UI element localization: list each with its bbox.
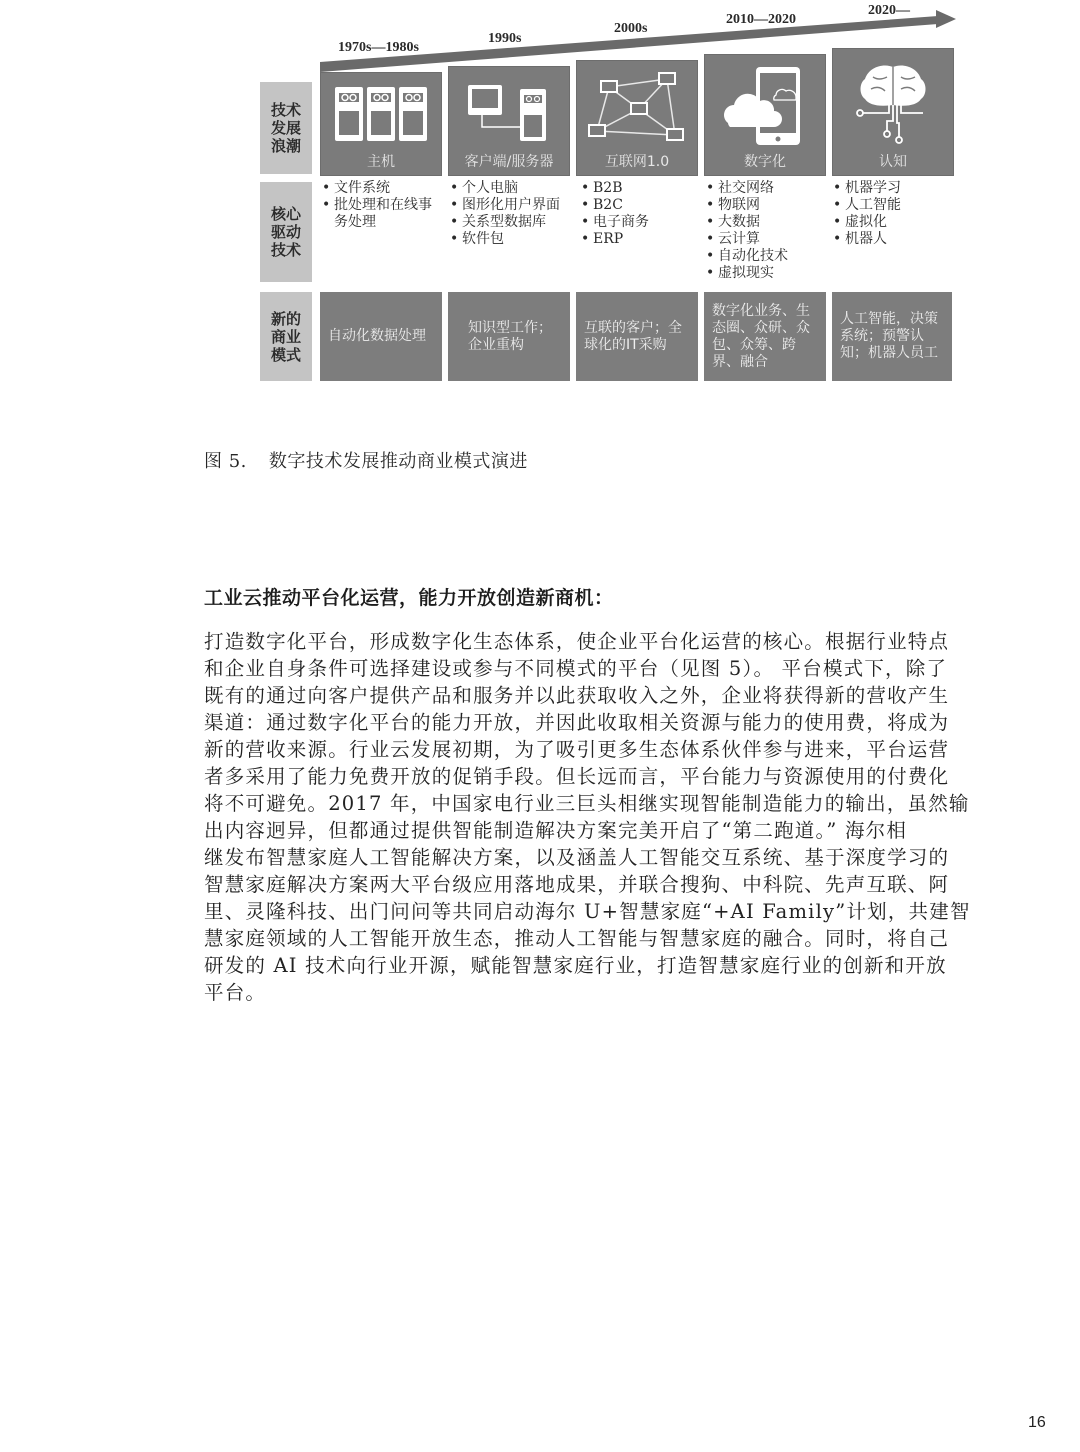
body-line: 研发的 AI 技术向行业开源，赋能智慧家庭行业，打造智慧家庭行业的创新和开放 [204, 952, 1054, 979]
wave-title: 认知 [833, 151, 953, 171]
driver-item: 批处理和在线事务处理 [322, 197, 444, 231]
body-line: 将不可避免。2017 年，中国家电行业三巨头相继实现智能制造能力的输出，虽然输 [204, 790, 1054, 817]
row-label-business-models: 新的商业模式 [260, 292, 312, 381]
network-icon [577, 69, 697, 149]
drivers-client-server: 个人电脑 图形化用户界面 关系型数据库 软件包 [450, 180, 580, 248]
wave-card-cognitive: 认知 [832, 48, 954, 176]
wave-card-client-server: 客户端/服务器 [448, 66, 570, 176]
era-label-2010: 2010—2020 [726, 12, 796, 28]
wave-card-mainframe: 主机 [320, 72, 442, 176]
driver-item: 个人电脑 [450, 180, 580, 197]
biz-card-digital: 数字化业务、生态圈、众研、众包、众筹、跨界、融合 [704, 292, 826, 381]
era-label-2020: 2020— [868, 3, 910, 19]
figure-digital-evolution: 1970s—1980s 1990s 2000s 2010—2020 2020— … [256, 0, 956, 392]
era-label-2000s: 2000s [614, 21, 647, 37]
driver-item: ERP [581, 231, 701, 248]
body-line: 里、灵隆科技、出门问问等共同启动海尔 U+智慧家庭“+AI Family”计划，… [204, 898, 1054, 925]
body-line: 渠道：通过数字化平台的能力开放，并因此收取相关资源与能力的使用费，将成为 [204, 709, 1054, 736]
driver-item: 机器人 [833, 231, 953, 248]
driver-item: 关系型数据库 [450, 214, 580, 231]
body-paragraph: 打造数字化平台，形成数字化生态体系，使企业平台化运营的核心。根据行业特点 和企业… [204, 628, 1054, 1006]
section-heading: 工业云推动平台化运营，能力开放创造新商机： [204, 583, 614, 610]
wave-title: 客户端/服务器 [449, 151, 569, 171]
driver-item: 自动化技术 [706, 248, 826, 265]
body-line: 既有的通过向客户提供产品和服务并以此获取收入之外，企业将获得新的营收产生 [204, 682, 1054, 709]
driver-item: B2C [581, 197, 701, 214]
figure-caption: 图 5.数字技术发展推动商业模式演进 [204, 447, 528, 473]
driver-item: 软件包 [450, 231, 580, 248]
body-line: 慧家庭领域的人工智能开放生态，推动人工智能与智慧家庭的融合。同时，将自己 [204, 925, 1054, 952]
wave-title: 数字化 [705, 151, 825, 171]
wave-card-digital: 数字化 [704, 54, 826, 176]
body-line: 新的营收来源。行业云发展初期，为了吸引更多生态体系伙伴参与进来，平台运营 [204, 736, 1054, 763]
driver-item: 虚拟化 [833, 214, 953, 231]
body-line: 继发布智慧家庭人工智能解决方案，以及涵盖人工智能交互系统、基于深度学习的 [204, 844, 1054, 871]
driver-item: 图形化用户界面 [450, 197, 580, 214]
body-line: 和企业自身条件可选择建设或参与不同模式的平台（见图 5）。 平台模式下，除了 [204, 655, 1054, 682]
mainframe-icon [321, 81, 441, 149]
driver-item: 文件系统 [322, 180, 446, 197]
wave-title: 主机 [321, 151, 441, 171]
biz-card-internet: 互联的客户；全球化的IT采购 [576, 292, 698, 381]
driver-item: 机器学习 [833, 180, 953, 197]
drivers-cognitive: 机器学习 人工智能 虚拟化 机器人 [833, 180, 953, 248]
body-line: 者多采用了能力免费开放的促销手段。但长远而言，平台能力与资源使用的付费化 [204, 763, 1054, 790]
figure-caption-text: 数字技术发展推动商业模式演进 [269, 451, 528, 472]
driver-item: 物联网 [706, 197, 826, 214]
era-label-1990s: 1990s [488, 31, 521, 47]
body-line: 平台。 [204, 979, 1054, 1006]
wave-title: 互联网1.0 [577, 151, 697, 171]
driver-item: 社交网络 [706, 180, 826, 197]
driver-item: 人工智能 [833, 197, 953, 214]
page-number: 16 [1028, 1414, 1046, 1432]
biz-card-client-server: 知识型工作；企业重构 [448, 292, 570, 381]
body-line: 出内容迥异，但都通过提供智能制造解决方案完美开启了“第二跑道。” 海尔相 [204, 817, 1054, 844]
driver-item: 云计算 [706, 231, 826, 248]
drivers-digital: 社交网络 物联网 大数据 云计算 自动化技术 虚拟现实 [706, 180, 826, 282]
body-line: 智慧家庭解决方案两大平台级应用落地成果，并联合搜狗、中科院、先声互联、阿 [204, 871, 1054, 898]
figure-number: 图 5. [204, 451, 247, 472]
biz-card-mainframe: 自动化数据处理 [320, 292, 442, 381]
drivers-mainframe: 文件系统 批处理和在线事务处理 [322, 180, 446, 231]
drivers-internet: B2B B2C 电子商务 ERP [581, 180, 701, 248]
body-line: 打造数字化平台，形成数字化生态体系，使企业平台化运营的核心。根据行业特点 [204, 628, 1054, 655]
client-server-icon [449, 75, 569, 149]
wave-card-internet: 互联网1.0 [576, 60, 698, 176]
row-label-tech-waves: 技术发展浪潮 [260, 82, 312, 174]
biz-card-cognitive: 人工智能，决策系统；预警认知；机器人员工 [832, 292, 952, 381]
cloud-mobile-icon [705, 63, 825, 149]
brain-circuit-icon [833, 57, 953, 149]
driver-item: 大数据 [706, 214, 826, 231]
era-label-1970s: 1970s—1980s [338, 40, 419, 56]
driver-item: B2B [581, 180, 701, 197]
row-label-core-drivers: 核心驱动技术 [260, 182, 312, 282]
driver-item: 电子商务 [581, 214, 701, 231]
driver-item: 虚拟现实 [706, 265, 826, 282]
